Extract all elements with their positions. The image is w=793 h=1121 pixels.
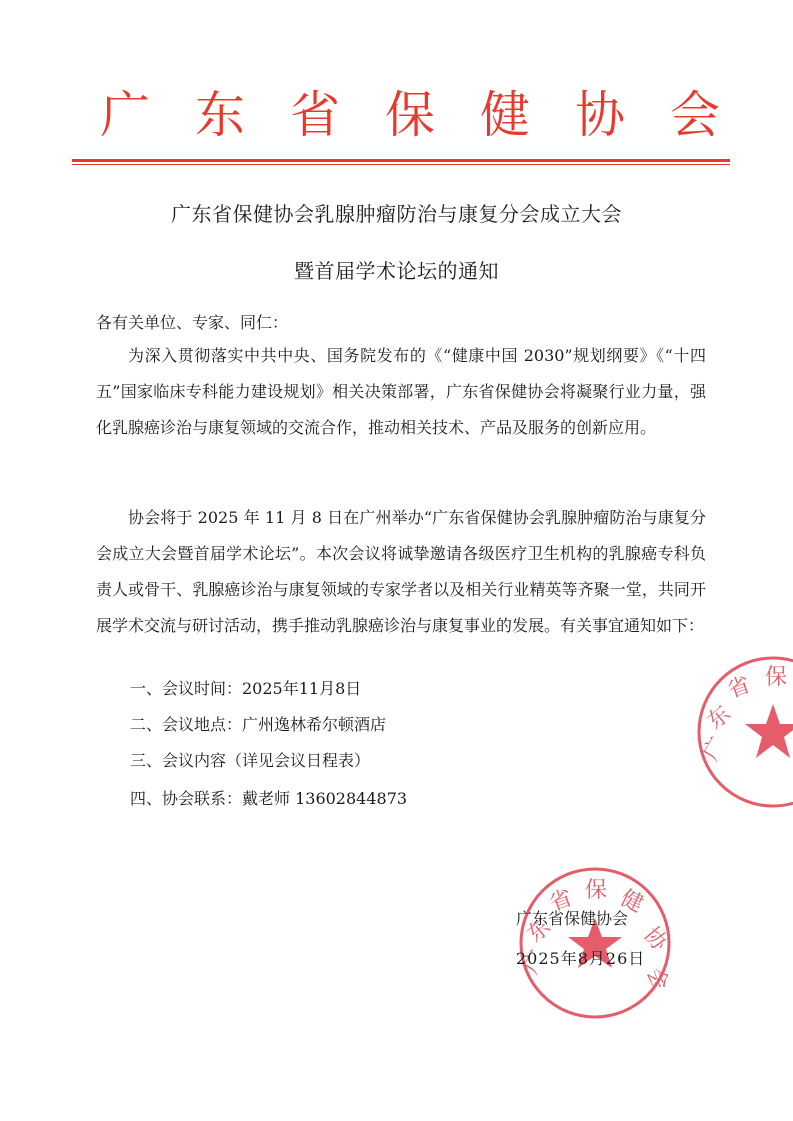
body-paragraph-2: 协会将于 2025 年 11 月 8 日在广州举办“广东省保健协会乳腺肿瘤防治与… [96,500,706,644]
signature-organization: 广东省保健协会 [516,906,628,929]
letterhead-title: 广 东 省 保 健 协 会 [100,80,720,150]
contact-item: 四、协会联系：戴老师 13602844873 [130,786,407,809]
salutation: 各有关单位、专家、同仁： [96,310,288,333]
document-title-line-2: 暨首届学术论坛的通知 [0,255,793,284]
svg-text:保: 保 [765,665,787,690]
seal-stamp-icon: 广 东 省 保 健 协 会 [515,863,675,1023]
letterhead-char: 广 [100,80,150,150]
letterhead-char: 健 [480,80,530,150]
letterhead-char: 会 [670,80,720,150]
body-paragraph-1: 为深入贯彻落实中共中央、国务院发布的《“健康中国 2030”规划纲要》《“十四五… [96,338,706,446]
seal-stamp-icon: 广 东 省 保 [693,652,793,812]
letterhead-rule-thin [72,164,730,165]
letterhead-char: 保 [385,80,435,150]
letterhead-rule-thick [72,159,730,162]
letterhead-char: 省 [290,80,340,150]
svg-text:保: 保 [585,878,607,903]
signature-date: 2025年8月26日 [516,946,645,969]
svg-text:东: 东 [703,701,736,734]
document-title-line-1: 广东省保健协会乳腺肿瘤防治与康复分会成立大会 [0,198,793,227]
meeting-content-item: 三、会议内容（详见会议日程表） [130,748,370,771]
meeting-time-item: 一、会议时间：2025年11月8日 [130,676,361,699]
svg-text:会: 会 [641,965,672,994]
letterhead-char: 东 [195,80,245,150]
letterhead-char: 协 [575,80,625,150]
svg-text:省: 省 [725,673,754,704]
meeting-location-item: 二、会议地点：广州逸林希尔顿酒店 [130,712,386,735]
